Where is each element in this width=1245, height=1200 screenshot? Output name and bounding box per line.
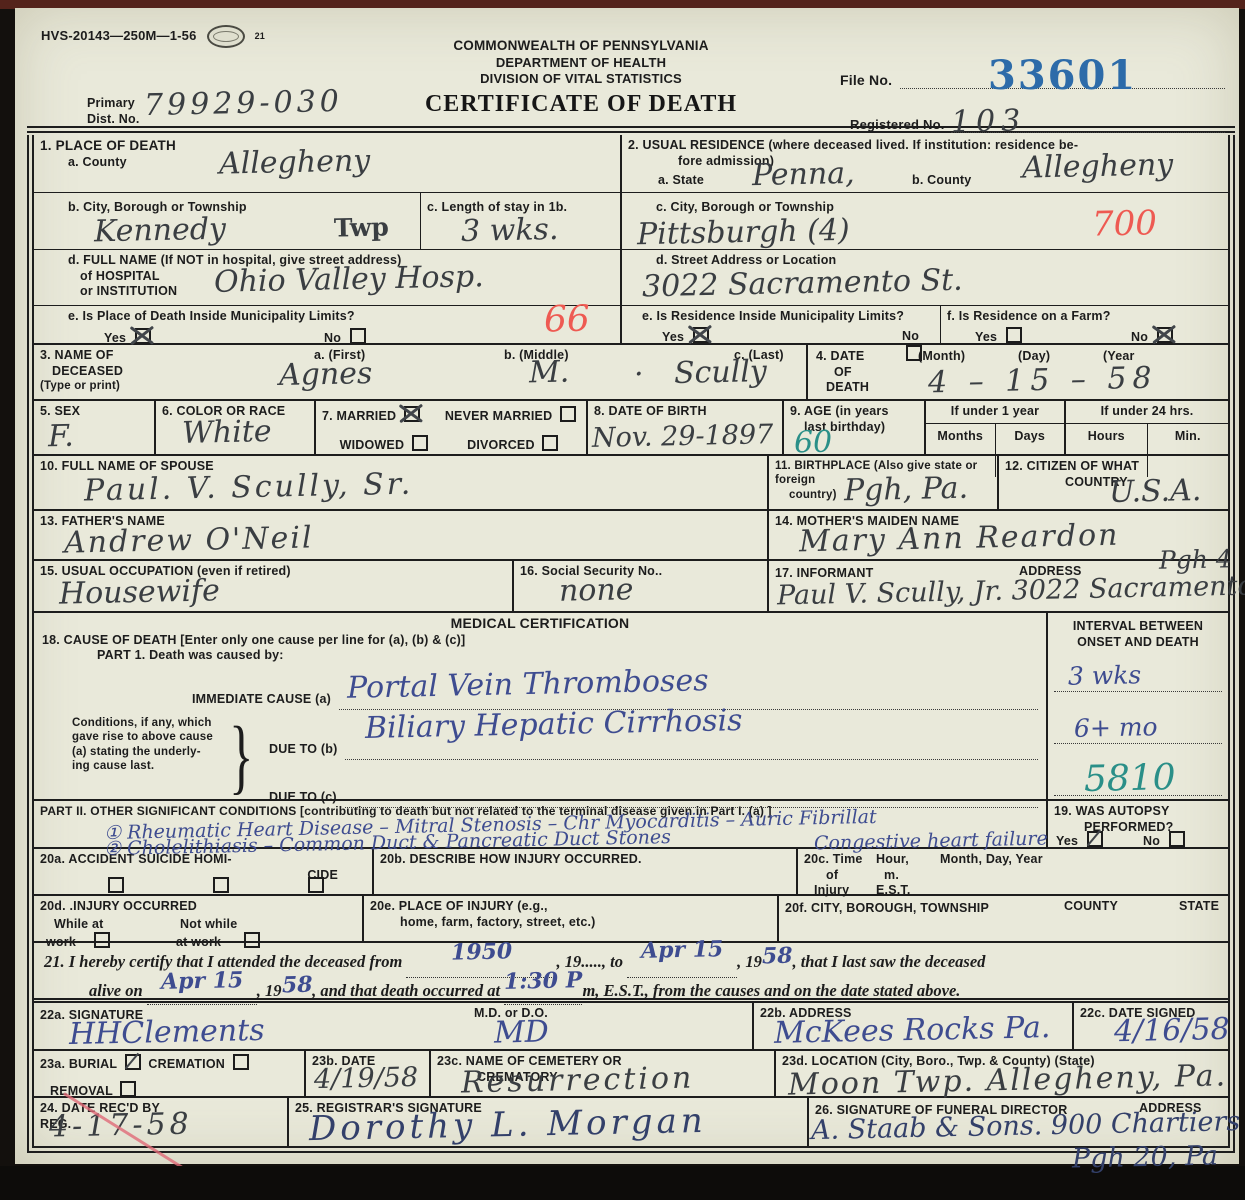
s7-divorced-label: DIVORCED [467, 438, 535, 452]
section-9-under-1-year: If under 1 year Months Days [926, 401, 1066, 454]
s2f-yes-label: Yes [975, 330, 997, 344]
s23d-value: Moon Twp. Allegheny, Pa. [788, 1062, 1228, 1098]
s20e-label-1: 20e. PLACE OF INJURY (e.g., [370, 899, 771, 915]
registered-no-value: 103 [950, 107, 1026, 136]
s2c-code-red: 700 [1092, 208, 1158, 240]
org-line-2: DEPARTMENT OF HEALTH [357, 55, 805, 71]
s18-due-b-value: Biliary Hepatic Cirrhosis [365, 707, 743, 742]
s21-text-7: , and that death occurred at [312, 981, 500, 1000]
s1e-yes-label: Yes [104, 331, 126, 345]
interval-header-2: ONSET AND DEATH [1048, 635, 1228, 651]
s24-value: 4-17-58 [49, 1110, 193, 1140]
section-14-mother: 14. MOTHER'S MAIDEN NAME Mary Ann Reardo… [769, 511, 1228, 559]
interval-header-1: INTERVAL BETWEEN [1048, 619, 1228, 635]
s20d-notwhile-1: Not while [180, 917, 264, 933]
s13-value: Andrew O'Neil [64, 524, 314, 556]
s21-text-6: , 19 [257, 981, 282, 1000]
s20f-state-label: STATE [1179, 899, 1219, 915]
section-18-interval-column: INTERVAL BETWEEN ONSET AND DEATH 3 wks 6… [1048, 613, 1228, 799]
s26-value-city: Pgh 20, Pa [1072, 1144, 1218, 1171]
s21-value-from: 1950 [451, 942, 513, 963]
org-line-3: DIVISION OF VITAL STATISTICS [357, 71, 805, 87]
section-25-registrar: 25. REGISTRAR'S SIGNATURE Dorothy L. Mor… [289, 1098, 809, 1146]
s16-label: 16. Social Security No.. [520, 564, 761, 580]
s21-blank-3: Apr 15 [147, 978, 257, 1005]
s21-line-2: alive on Apr 15, 1958, and that death oc… [89, 978, 1218, 1005]
s19-label-1: 19. WAS AUTOPSY [1054, 804, 1222, 820]
section-22a-signature: 22a. SIGNATURE M.D. or D.O. HHClements M… [34, 1003, 754, 1049]
s1e-yes-checkbox [135, 328, 151, 344]
file-no-value: 33601 [988, 58, 1137, 94]
photo-edge-bottom [0, 1166, 1245, 1200]
s7-never-married-checkbox [560, 406, 576, 422]
med-header: MEDICAL CERTIFICATION [42, 615, 1038, 633]
s14-value: Mary Ann Reardon [799, 522, 1120, 556]
s19-yes-checkbox [1087, 831, 1103, 847]
s19-no-label: No [1143, 834, 1160, 848]
section-16-ssn: 16. Social Security No.. none [514, 561, 769, 611]
s21-value-to: Apr 15 [641, 940, 724, 962]
primary-dist-label-2: Dist. No. [87, 112, 140, 128]
section-3-name-of-deceased: 3. NAME OF DECEASED (Type or print) a. (… [34, 345, 808, 399]
s9-under1-label: If under 1 year [926, 401, 1064, 424]
s20b-label: 20b. DESCRIBE HOW INJURY OCCURRED. [380, 852, 790, 868]
section-7-marital-status: 7. MARRIED NEVER MARRIED WIDOWED DIVORCE… [316, 401, 588, 454]
s7-divorced-checkbox [542, 435, 558, 451]
s2b-value: Allegheny [1022, 151, 1174, 181]
s3a-value: Agnes [279, 360, 373, 389]
certificate-title: CERTIFICATE OF DEATH [357, 91, 805, 118]
section-13-father: 13. FATHER'S NAME Andrew O'Neil [34, 511, 769, 559]
s18-line-2: PART 1. Death was caused by: [97, 648, 1038, 664]
s4-month-label: (Month) [918, 349, 965, 365]
s18-due-b-label: DUE TO (b) [269, 742, 337, 758]
s10-value: Paul. V. Scully, Sr. [84, 471, 414, 505]
s20f-county-label: COUNTY [1064, 899, 1118, 915]
s3-title-3: (Type or print) [40, 379, 188, 393]
s2e-yes-label: Yes [662, 330, 684, 344]
s7-married-checkbox [404, 406, 420, 422]
certificate-form: 1. PLACE OF DEATH a. County Allegheny b.… [27, 135, 1235, 1153]
s3b-value: M. [529, 359, 570, 387]
section-10-spouse: 10. FULL NAME OF SPOUSE Paul. V. Scully,… [34, 456, 769, 509]
s20c-mdy-label: Month, Day, Year [940, 852, 1222, 899]
s23a-cremation-label: CREMATION [148, 1057, 225, 1071]
section-23b-date: 23b. DATE 4/19/58 [306, 1051, 431, 1096]
s21-text-5: alive on [89, 981, 143, 1000]
s20d-while-1: While at [54, 917, 170, 933]
s21-text-8: m, E.S.T., from the causes and on the da… [582, 981, 960, 1000]
s21-value-alive-year: 58 [281, 975, 312, 995]
section-20e-place-of-injury: 20e. PLACE OF INJURY (e.g., home, farm, … [364, 896, 779, 941]
s23b-value: 4/19/58 [314, 1066, 419, 1092]
s8-label: 8. DATE OF BIRTH [594, 404, 776, 420]
section-23c-cemetery: 23c. NAME OF CEMETERY OR CREMATORY Resur… [431, 1051, 776, 1096]
s23a-removal-checkbox [120, 1081, 136, 1097]
section-20b-how-injury: 20b. DESCRIBE HOW INJURY OCCURRED. [374, 849, 798, 894]
s1d-value: Ohio Valley Hosp. [214, 263, 484, 296]
s15-value: Housewife [59, 577, 220, 607]
section-20c-time-of-injury: 20c. Time of Injury Hour, m. E.S.T. Mont… [798, 849, 1228, 894]
s26-value-signature: A. Staab & Sons. 900 Chartiers Ave [811, 1109, 1245, 1144]
s22c-value: 4/16/58 [1114, 1016, 1230, 1045]
s8-value: Nov. 29-1897 [592, 423, 774, 451]
s20a-label-2: CIDE [40, 868, 338, 884]
s18-immediate-value: Portal Vein Thromboses [347, 667, 709, 702]
s20a-accident-checkbox [108, 877, 124, 893]
s18-brace: } [229, 708, 253, 805]
s3-separator-mark: · [634, 361, 644, 388]
primary-dist-label-1: Primary [87, 96, 140, 112]
s20c-m-label: m. [884, 868, 940, 884]
interval-b-value: 6+ mo [1074, 716, 1158, 740]
s2d-value: 3022 Sacramento St. [642, 267, 963, 301]
section-20d-injury-occurred: 20d. .INJURY OCCURRED While at work Not … [34, 896, 364, 941]
s2e-yes-checkbox [693, 327, 709, 343]
s18-conditions-4: ing cause last. [72, 759, 247, 773]
s25-value-signature: Dorothy L. Morgan [309, 1106, 707, 1145]
s1e-code-red: 66 [544, 304, 590, 337]
interval-c-value: 5810 [1084, 762, 1176, 796]
s20d-label: 20d. .INJURY OCCURRED [40, 899, 356, 915]
s4-title-2: OF [834, 365, 869, 381]
s20c-label-2: of [826, 868, 876, 884]
section-11-birthplace: 11. BIRTHPLACE (Also give state or forei… [769, 456, 999, 509]
s7-married-label: 7. MARRIED [322, 409, 396, 423]
s21-blank-2: Apr 15 [627, 947, 737, 978]
section-22b-address: 22b. ADDRESS McKees Rocks Pa. [754, 1003, 1074, 1049]
s23a-burial-label: BURIAL [69, 1057, 117, 1071]
s2e-no-label: No [902, 329, 919, 343]
section-8-date-of-birth: 8. DATE OF BIRTH Nov. 29-1897 [588, 401, 784, 454]
s5-value: F. [48, 423, 74, 451]
part-2-other-conditions: PART II. OTHER SIGNIFICANT CONDITIONS [c… [34, 801, 1048, 847]
s2f-no-checkbox [1157, 327, 1173, 343]
s1b-value: Kennedy [94, 216, 226, 246]
s20a-homicide-checkbox [308, 877, 324, 893]
s11-value: Pgh, Pa. [844, 475, 969, 505]
s3-title-2: DECEASED [52, 364, 188, 380]
s20a-suicide-checkbox [213, 877, 229, 893]
section-26-funeral-director: 26. SIGNATURE OF FUNERAL DIRECTOR ADDRES… [809, 1098, 1228, 1146]
s20c-hour-label: Hour, [876, 852, 940, 868]
s18-conditions-3: (a) stating the underly- [72, 745, 247, 759]
s18-line-1: 18. CAUSE OF DEATH [Enter only one cause… [42, 633, 1038, 649]
section-19-autopsy: 19. WAS AUTOPSY PERFORMED? Yes No [1048, 801, 1228, 847]
s3c-value: Scully [674, 358, 767, 387]
registered-no-label: Registered No. [850, 117, 945, 133]
section-22c-date-signed: 22c. DATE SIGNED 4/16/58 [1074, 1003, 1228, 1049]
s2f-yes-checkbox [1006, 327, 1022, 343]
certificate-header: HVS-20143—250M—1-56 21 Primary Dist. No.… [27, 8, 1235, 126]
s1e-no-label: No [324, 331, 341, 345]
s23a-number: 23a. [40, 1057, 65, 1071]
section-9-under-24-hrs: If under 24 hrs. Hours Min. [1066, 401, 1228, 454]
s2e-label: e. Is Residence Inside Municipality Limi… [642, 309, 934, 325]
s22-md-value: MD [494, 1018, 549, 1046]
s17-value: Paul V. Scully, Jr. 3022 Sacramento St [777, 574, 1245, 609]
s18-conditions-1: Conditions, if any, which [72, 716, 247, 730]
s14-note: Pgh 4 [1159, 548, 1232, 572]
s7-never-label: NEVER MARRIED [445, 409, 552, 423]
s23a-cremation-checkbox [233, 1054, 249, 1070]
s2f-no-label: No [1131, 330, 1148, 344]
s7-widowed-label: WIDOWED [340, 438, 405, 452]
s1a-value: Allegheny [219, 147, 371, 177]
section-5-sex: 5. SEX F. [34, 401, 156, 454]
s2c-value: Pittsburgh (4) [637, 217, 850, 248]
s19-no-checkbox [1169, 831, 1185, 847]
s22b-value: McKees Rocks Pa. [774, 1014, 1051, 1047]
s3-title-1: 3. NAME OF [40, 348, 188, 364]
union-label-number: 21 [255, 31, 265, 42]
s2b-label: b. County [912, 173, 971, 189]
s5-label: 5. SEX [40, 404, 148, 420]
s4-title-3: DEATH [826, 380, 869, 396]
section-9-age: 9. AGE (in years last birthday) 60 [784, 401, 926, 454]
s2a-value: Penna, [752, 160, 855, 189]
s1c-value: 3 wks. [461, 216, 559, 245]
s9-value: 60 [794, 429, 833, 457]
s23c-value: Resurrection [461, 1065, 695, 1097]
section-15-occupation: 15. USUAL OCCUPATION (even if retired) H… [34, 561, 514, 611]
section-20f-location: 20f. CITY, BOROUGH, TOWNSHIP COUNTY STAT… [779, 896, 1228, 941]
s20e-label-2: home, farm, factory, street, etc.) [400, 915, 771, 931]
s12-value: U.S.A. [1109, 477, 1202, 506]
org-line-1: COMMONWEALTH OF PENNSYLVANIA [357, 38, 805, 55]
section-1-place-of-death: 1. PLACE OF DEATH a. County Allegheny b.… [34, 135, 622, 343]
s9-under24-label: If under 24 hrs. [1066, 401, 1228, 424]
s21-blank-4: 1:30 P [504, 978, 582, 1005]
s21-value-to-year: 58 [762, 947, 793, 967]
section-24-date-received: 24. DATE REC'D BY REG. 4-17-58 [34, 1098, 289, 1146]
s9-label-1: 9. AGE (in years [790, 404, 918, 420]
s4-value: 4 – 15 – 58 [928, 365, 1158, 397]
section-23d-location: 23d. LOCATION (City, Boro., Twp. & Count… [776, 1051, 1228, 1096]
s7-widowed-checkbox [412, 435, 428, 451]
s18-conditions-2: gave rise to above cause [72, 730, 247, 744]
certificate-paper: HVS-20143—250M—1-56 21 Primary Dist. No.… [15, 8, 1239, 1164]
section-6-color-or-race: 6. COLOR OR RACE White [156, 401, 316, 454]
section-21-certification: 21. I hereby certify that I attended the… [34, 943, 1228, 998]
s4-title-1: 4. DATE [816, 349, 869, 365]
section-18-cause-of-death: MEDICAL CERTIFICATION 18. CAUSE OF DEATH… [34, 613, 1048, 799]
s2f-label: f. Is Residence on a Farm? [947, 309, 1222, 325]
interval-a-value: 3 wks [1068, 664, 1142, 688]
s22a-value-signature: HHClements [69, 1017, 265, 1048]
section-12-citizen: 12. CITIZEN OF WHAT COUNTRY U.S.A. [999, 456, 1228, 509]
s18-immediate-label: IMMEDIATE CAUSE (a) [192, 692, 331, 708]
s19-yes-label: Yes [1056, 834, 1078, 848]
p2-line-2b: Congestive heart failure [814, 831, 1048, 853]
s2a-label: a. State [658, 173, 704, 189]
s1e-label: e. Is Place of Death Inside Municipality… [68, 309, 614, 325]
section-4-date-of-death: 4. DATE OF DEATH (Month) (Day) (Year 4 –… [808, 345, 1228, 399]
primary-dist-value: 79929-030 [143, 88, 342, 119]
s16-value: none [559, 576, 634, 605]
s6-value: White [182, 418, 272, 447]
union-label-icon [207, 25, 245, 48]
section-23a-disposition: 23a. BURIAL CREMATION REMOVAL [34, 1051, 306, 1096]
form-number: HVS-20143—250M—1-56 [41, 28, 197, 44]
s21-value-time: 1:30 P [504, 971, 583, 992]
s21-text-3: , 19 [737, 952, 762, 971]
s1e-no-checkbox [350, 328, 366, 344]
section-2-usual-residence: 2. USUAL RESIDENCE (where deceased lived… [622, 135, 1228, 343]
s23a-removal-label: REMOVAL [50, 1084, 113, 1098]
s23a-burial-checkbox [125, 1054, 141, 1070]
s21-text-4: , that I last saw the deceased [792, 952, 985, 971]
s1b-value-twp: Twp [334, 216, 389, 240]
file-no-label: File No. [840, 72, 892, 90]
s20f-label: 20f. CITY, BOROUGH, TOWNSHIP [785, 901, 989, 915]
s21-value-alive: Apr 15 [160, 971, 243, 993]
